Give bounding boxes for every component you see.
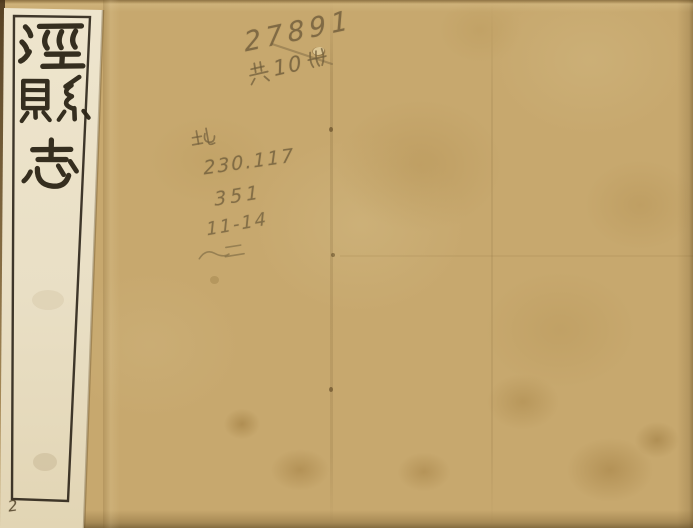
- book-cover: 涇縣志 27891 共10册 10 地 230.117 351 11-14 第二: [0, 0, 693, 528]
- pencil-char-ce-icon: [305, 46, 328, 72]
- label-stain: [33, 453, 57, 471]
- pencil-call-number-category: 地: [188, 125, 218, 155]
- pencil-char-di-icon: [188, 125, 217, 151]
- title-label: [0, 0, 693, 528]
- label-stain: [32, 290, 64, 310]
- pencil-bottom-mark: 2: [7, 496, 19, 515]
- pencil-char-gong-icon: [246, 58, 271, 87]
